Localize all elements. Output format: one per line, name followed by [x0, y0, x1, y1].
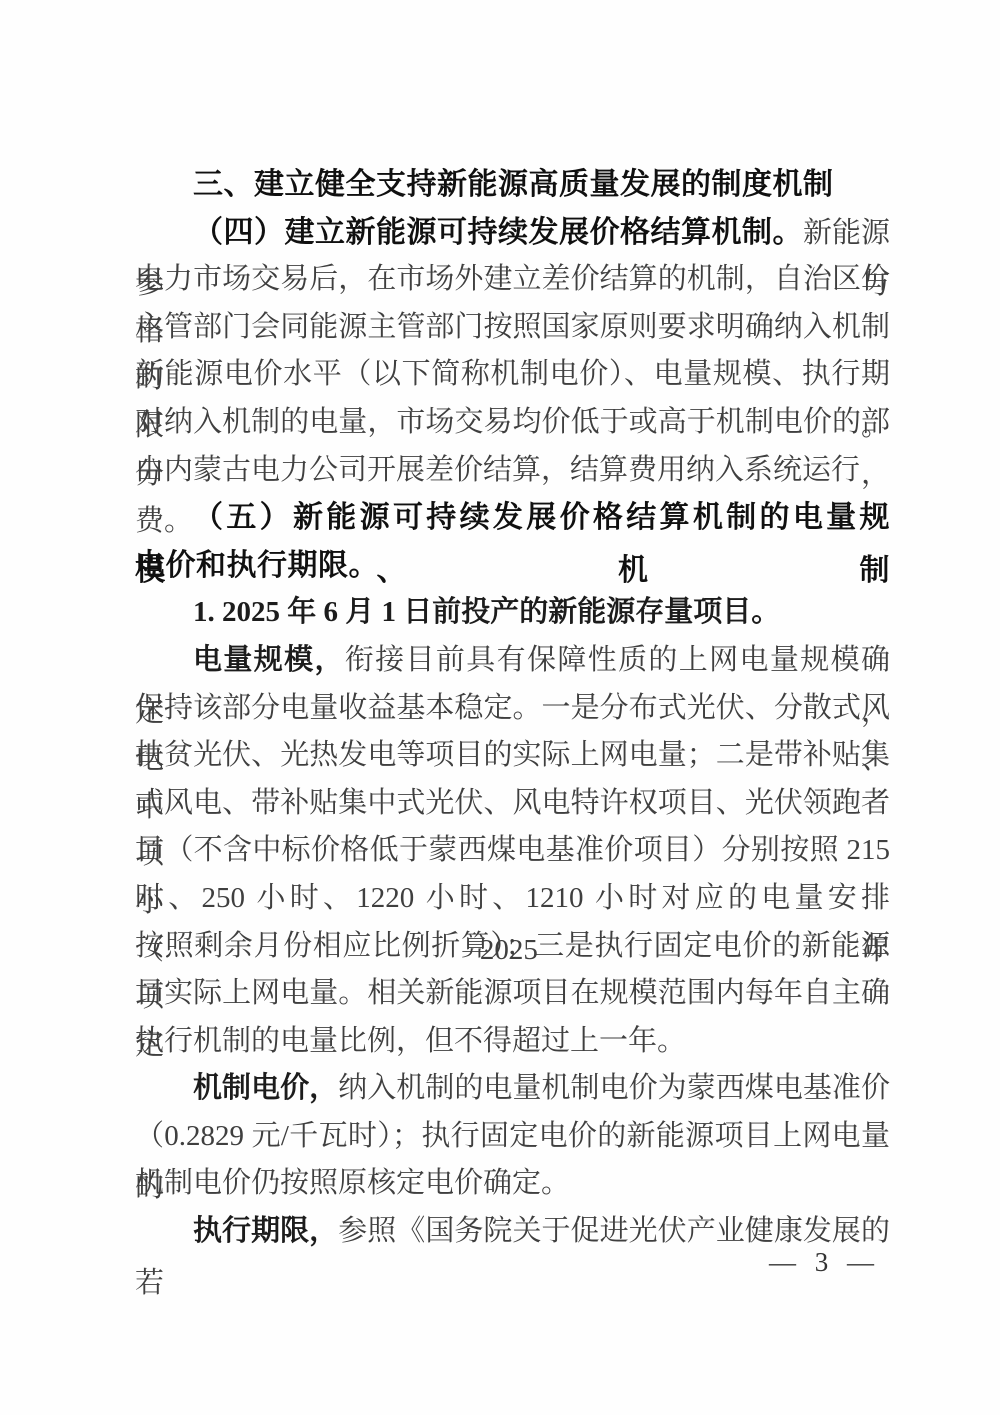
body-line: 机制电价，纳入机制的电量机制电价为蒙西煤电基准价 — [135, 1065, 890, 1113]
subsection-4-heading-line: （四）建立新能源可持续发展价格结算机制。新能源参与 — [135, 209, 890, 257]
body-line: 目实际上网电量。相关新能源项目在规模范围内每年自主确定 — [135, 970, 890, 1018]
body-line: 主管部门会同能源主管部门按照国家原则要求明确纳入机制的 — [135, 304, 890, 352]
heading-text: 电价和执行期限。 — [135, 549, 379, 582]
document-page: 三、建立健全支持新能源高质量发展的制度机制（四）建立新能源可持续发展价格结算机制… — [0, 0, 1000, 1415]
body-line: 扶贫光伏、光热发电等项目的实际上网电量；二是带补贴集中 — [135, 732, 890, 780]
body-line: 电量规模，衔接目前具有保障性质的上网电量规模确定， — [135, 637, 890, 685]
body-line: 时、250 小时、1220 小时、1210 小时对应的电量安排（2025 年 — [135, 875, 890, 923]
subsection-5-heading-line: （五）新能源可持续发展价格结算机制的电量规模、机制 — [135, 494, 890, 542]
body-text: 电量规模， — [193, 644, 345, 676]
body-line: 新能源电价水平（以下简称机制电价）、电量规模、执行期限。 — [135, 351, 890, 399]
body-line: 按照剩余月份相应比例折算）；三是执行固定电价的新能源项 — [135, 923, 890, 971]
body-line: 由内蒙古电力公司开展差价结算，结算费用纳入系统运行费。 — [135, 447, 890, 495]
body-text: 机制电价仍按照原核定电价确定。 — [135, 1167, 570, 1199]
body-line: 对纳入机制的电量，市场交易均价低于或高于机制电价的部分， — [135, 399, 890, 447]
body-line: 执行机制的电量比例，但不得超过上一年。 — [135, 1018, 890, 1066]
body-text: 机制电价， — [193, 1072, 338, 1104]
body-text: 执行机制的电量比例，但不得超过上一年。 — [135, 1025, 686, 1057]
body-line: 机制电价仍按照原核定电价确定。 — [135, 1160, 890, 1208]
body-line: （0.2829 元/千瓦时）；执行固定电价的新能源项目上网电量的 — [135, 1113, 890, 1161]
section-heading: 三、建立健全支持新能源高质量发展的制度机制 — [135, 161, 890, 209]
body-line: 保持该部分电量收益基本稳定。一是分布式光伏、分散式风电、 — [135, 685, 890, 733]
body-line: 式风电、带补贴集中式光伏、风电特许权项目、光伏领跑者项 — [135, 780, 890, 828]
body-text: 纳入机制的电量机制电价为蒙西煤电基准价 — [338, 1072, 890, 1104]
body-text: 1. 2025 年 6 月 1 日前投产的新能源存量项目。 — [193, 596, 780, 628]
heading-text: （四）建立新能源可持续发展价格结算机制。 — [193, 216, 803, 249]
page-number: — 3 — — [769, 1247, 880, 1278]
body-line: 电力市场交易后，在市场外建立差价结算的机制，自治区价格 — [135, 256, 890, 304]
body-text: 执行期限， — [193, 1215, 338, 1247]
numbered-item-heading: 1. 2025 年 6 月 1 日前投产的新能源存量项目。 — [135, 589, 890, 637]
heading-text: 三、建立健全支持新能源高质量发展的制度机制 — [193, 168, 834, 201]
body-line: 目（不含中标价格低于蒙西煤电基准价项目）分别按照 215 小 — [135, 827, 890, 875]
document-body: 三、建立健全支持新能源高质量发展的制度机制（四）建立新能源可持续发展价格结算机制… — [135, 161, 890, 1256]
